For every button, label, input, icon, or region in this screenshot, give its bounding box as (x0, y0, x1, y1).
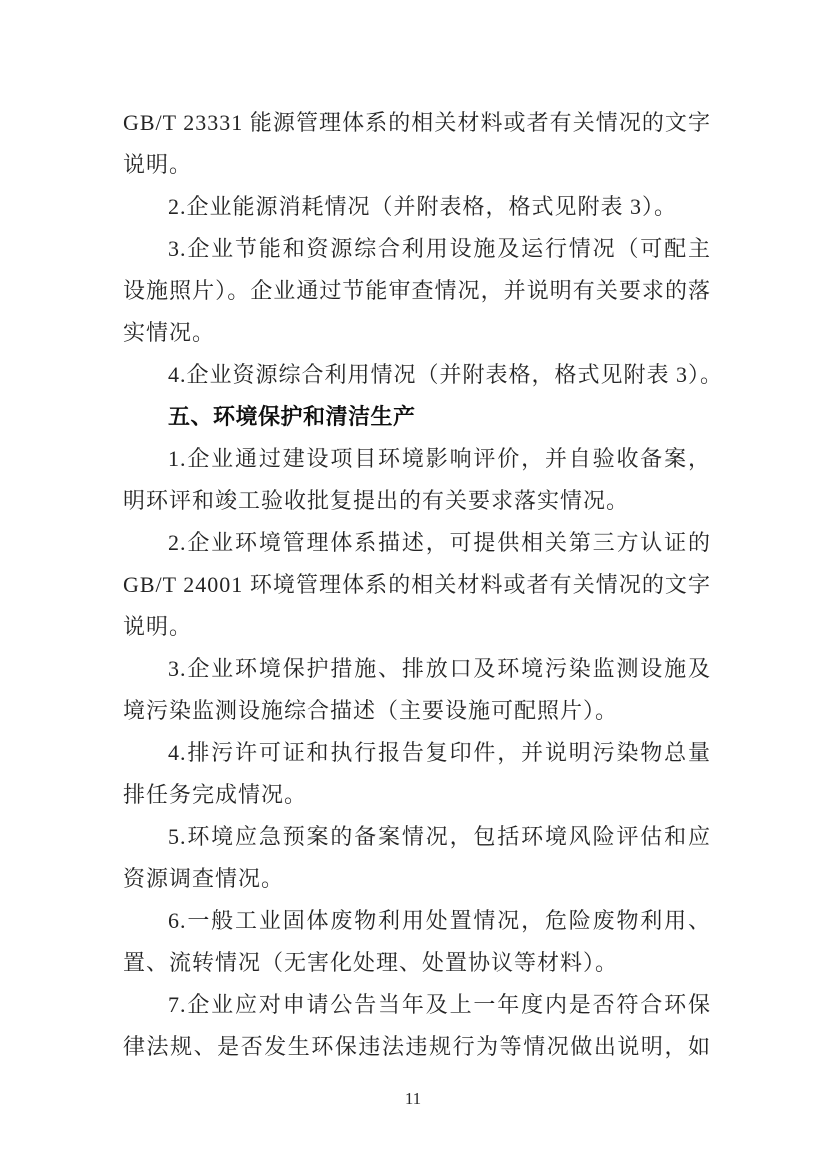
paragraph-line: 2.企业环境管理体系描述，可提供相关第三方认证的 (123, 522, 711, 564)
paragraph-line: 明环评和竣工验收批复提出的有关要求落实情况。 (123, 480, 711, 522)
paragraph-line: 4.排污许可证和执行报告复印件，并说明污染物总量减 (123, 732, 711, 774)
paragraph-line: 6.一般工业固体废物利用处置情况，危险废物利用、处 (123, 900, 711, 942)
paragraph-line: 资源调查情况。 (123, 858, 711, 900)
paragraph-line: 律法规、是否发生环保违法违规行为等情况做出说明，如因 (123, 1026, 711, 1068)
paragraph-line: 境污染监测设施综合描述（主要设施可配照片）。 (123, 690, 711, 732)
section-heading-line: 五、环境保护和清洁生产 (123, 396, 711, 438)
paragraph-line: 设施照片）。企业通过节能审查情况，并说明有关要求的落 (123, 270, 711, 312)
paragraph-line: 4.企业资源综合利用情况（并附表格，格式见附表 3）。 (123, 354, 711, 396)
paragraph-line: 7.企业应对申请公告当年及上一年度内是否符合环保法 (123, 984, 711, 1026)
paragraph-line: 说明。 (123, 144, 711, 186)
paragraph-line: 5.环境应急预案的备案情况，包括环境风险评估和应急 (123, 816, 711, 858)
paragraph-line: 3.企业节能和资源综合利用设施及运行情况（可配主要 (123, 228, 711, 270)
page-number: 11 (0, 1088, 826, 1110)
paragraph-line: 置、流转情况（无害化处理、处置协议等材料）。 (123, 942, 711, 984)
paragraph-line: 3.企业环境保护措施、排放口及环境污染监测设施及环 (123, 648, 711, 690)
paragraph-line: GB/T 24001 环境管理体系的相关材料或者有关情况的文字 (123, 564, 711, 606)
paragraph-line: 2.企业能源消耗情况（并附表格，格式见附表 3）。 (123, 186, 711, 228)
document-body: GB/T 23331 能源管理体系的相关材料或者有关情况的文字说明。2.企业能源… (123, 102, 711, 1068)
paragraph-line: 排任务完成情况。 (123, 774, 711, 816)
paragraph-line: GB/T 23331 能源管理体系的相关材料或者有关情况的文字 (123, 102, 711, 144)
document-page: GB/T 23331 能源管理体系的相关材料或者有关情况的文字说明。2.企业能源… (0, 0, 826, 1169)
paragraph-line: 1.企业通过建设项目环境影响评价，并自验收备案，说 (123, 438, 711, 480)
paragraph-line: 实情况。 (123, 312, 711, 354)
paragraph-line: 说明。 (123, 606, 711, 648)
